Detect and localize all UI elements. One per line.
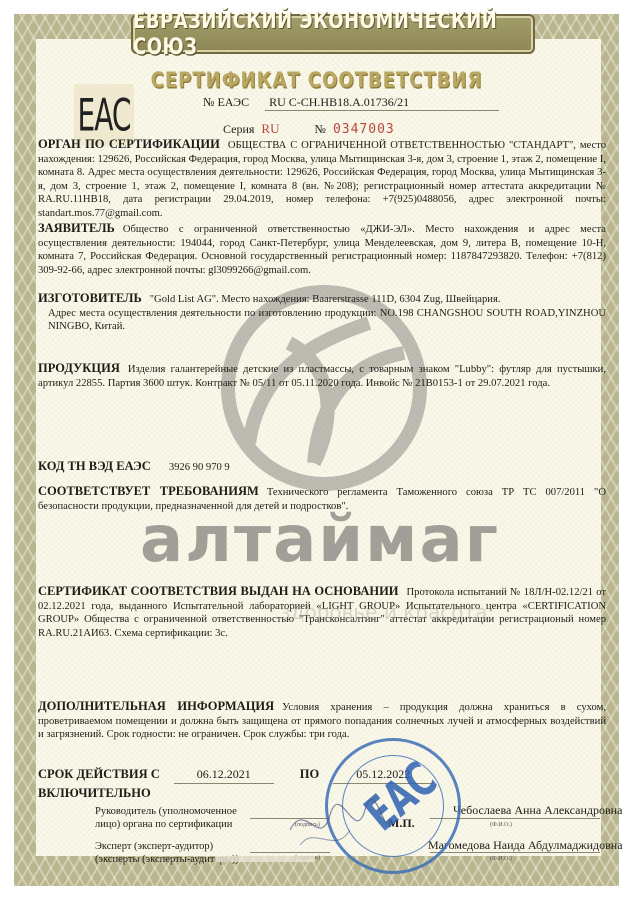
validity-to-label: ПО	[300, 767, 319, 781]
section-manufacturer: ИЗГОТОВИТЕЛЬ"Gold List AG". Место нахожд…	[38, 292, 606, 334]
section-head: ДОПОЛНИТЕЛЬНАЯ ИНФОРМАЦИЯ	[38, 699, 274, 713]
head-name: Чебослаева Анна Александровна	[453, 803, 622, 818]
section-text: "Gold List AG". Место нахождения: Baarer…	[150, 294, 501, 305]
form-number: 0347003	[333, 122, 395, 137]
section-text: ОБЩЕСТВА С ОГРАНИЧЕННОЙ ОТВЕТСТВЕННОСТЬЮ…	[38, 140, 606, 219]
signature-scribble-icon	[285, 790, 395, 860]
head-label-line-2: лицо) органа по сертификации	[95, 818, 237, 831]
section-head: СЕРТИФИКАТ СООТВЕТСТВИЯ ВЫДАН НА ОСНОВАН…	[38, 584, 399, 598]
series-value: RU	[261, 121, 279, 136]
section-text: Изделия галантерейные детские из пластма…	[38, 364, 606, 389]
union-banner: ЕВРАЗИЙСКИЙ ЭКОНОМИЧЕСКИЙ СОЮЗ	[131, 14, 535, 54]
head-label-line-1: Руководитель (уполномоченное	[95, 805, 237, 818]
name-line	[430, 852, 600, 853]
section-text: 3926 90 970 9	[169, 462, 230, 473]
series-label: Серия	[223, 122, 254, 136]
section-code: КОД ТН ВЭД ЕАЭС3926 90 970 9	[38, 460, 606, 475]
printer-imprint	[215, 856, 315, 862]
section-additional: ДОПОЛНИТЕЛЬНАЯ ИНФОРМАЦИЯУсловия хранени…	[38, 700, 606, 742]
name-caption: (Ф.И.О.)	[490, 856, 512, 862]
registration-number: RU C-CH.HB18.A.01736/21	[265, 95, 499, 111]
validity-inclusive-label: ВКЛЮЧИТЕЛЬНО	[38, 786, 151, 800]
series-line: Серия RU № 0347003	[223, 121, 395, 137]
expert-signatory-label: Эксперт (эксперт-аудитор) (эксперты (экс…	[95, 840, 239, 866]
section-head: ОРГАН ПО СЕРТИФИКАЦИИ	[38, 137, 220, 151]
section-applicant: ЗАЯВИТЕЛЬОбщество с ограниченной ответст…	[38, 222, 606, 277]
expert-label-line-1: Эксперт (эксперт-аудитор)	[95, 840, 239, 853]
section-head: КОД ТН ВЭД ЕАЭС	[38, 459, 151, 473]
section-basis: СЕРТИФИКАТ СООТВЕТСТВИЯ ВЫДАН НА ОСНОВАН…	[38, 585, 606, 640]
section-conforms: СООТВЕТСТВУЕТ ТРЕБОВАНИЯМТехнического ре…	[38, 485, 606, 513]
union-title: ЕВРАЗИЙСКИЙ ЭКОНОМИЧЕСКИЙ СОЮЗ	[133, 8, 533, 61]
section-product: ПРОДУКЦИЯИзделия галантерейные детские и…	[38, 362, 606, 390]
validity-from-date: 06.12.2021	[174, 765, 274, 784]
section-head: ИЗГОТОВИТЕЛЬ	[38, 291, 142, 305]
name-caption: (Ф.И.О.)	[490, 822, 512, 828]
eac-logo-icon: EAC	[78, 89, 131, 142]
registration-label: № ЕАЭС	[203, 95, 249, 109]
registration-line: № ЕАЭСRU C-CH.HB18.A.01736/21	[203, 95, 499, 111]
expert-name: Магомедова Наида Абдулмаджидовна	[428, 838, 623, 853]
section-text: Общество с ограниченной ответственностью…	[38, 224, 606, 276]
section-head: ЗАЯВИТЕЛЬ	[38, 221, 115, 235]
section-text-2: Адрес места осуществления деятельности п…	[38, 307, 606, 334]
section-certification-body: ОРГАН ПО СЕРТИФИКАЦИИОБЩЕСТВА С ОГРАНИЧЕ…	[38, 138, 606, 221]
validity-from-label: СРОК ДЕЙСТВИЯ С	[38, 767, 160, 781]
number-label: №	[314, 122, 325, 136]
section-head: СООТВЕТСТВУЕТ ТРЕБОВАНИЯМ	[38, 484, 259, 498]
head-signatory-label: Руководитель (уполномоченное лицо) орган…	[95, 805, 237, 831]
section-head: ПРОДУКЦИЯ	[38, 361, 120, 375]
